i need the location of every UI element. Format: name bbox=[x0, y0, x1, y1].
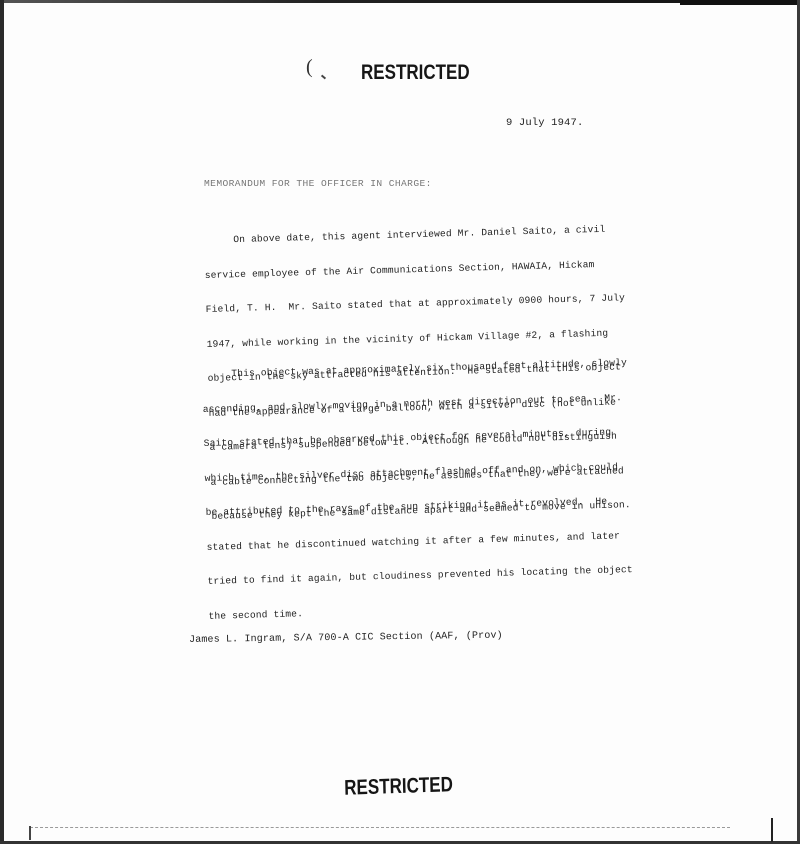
paragraph-line: be attributed to the rays of the sun str… bbox=[205, 495, 630, 518]
scan-artifact-tick-right bbox=[771, 818, 773, 842]
paragraph-line: which time, the silver disc attachment f… bbox=[205, 461, 630, 484]
classification-stamp-bottom: RESTRICTED bbox=[344, 772, 453, 801]
top-mark-tick bbox=[321, 75, 326, 80]
paragraph-line: This object was at approximately six tho… bbox=[202, 357, 627, 380]
paragraph-line: On above date, this agent interviewed Mr… bbox=[204, 223, 624, 246]
top-mark: ( bbox=[306, 56, 313, 79]
paragraph-line: the second time. bbox=[208, 599, 633, 622]
paragraph-line: ascending, and slowly moving in a north … bbox=[203, 392, 628, 415]
paragraph-line: stated that he discontinued watching it … bbox=[206, 530, 631, 553]
scan-border-top-right bbox=[680, 0, 800, 5]
paragraph-line: service employee of the Air Communicatio… bbox=[205, 258, 625, 281]
scan-artifact-line bbox=[30, 827, 730, 829]
classification-stamp-top: RESTRICTED bbox=[361, 60, 470, 85]
scan-border-left bbox=[0, 0, 4, 844]
paragraph-line: Field, T. H. Mr. Saito stated that at ap… bbox=[206, 292, 626, 315]
paragraph-line: Saito stated that he observed this objec… bbox=[204, 426, 629, 449]
paragraph-line: tried to find it again, but cloudiness p… bbox=[207, 564, 632, 587]
paragraph-2: This object was at approximately six tho… bbox=[201, 334, 635, 645]
document-page: ( RESTRICTED 9 July 1947. MEMORANDUM FOR… bbox=[0, 0, 800, 844]
scan-artifact-tick-left bbox=[29, 826, 31, 840]
memo-salutation: MEMORANDUM FOR THE OFFICER IN CHARGE: bbox=[204, 178, 432, 190]
document-date: 9 July 1947. bbox=[506, 118, 583, 130]
